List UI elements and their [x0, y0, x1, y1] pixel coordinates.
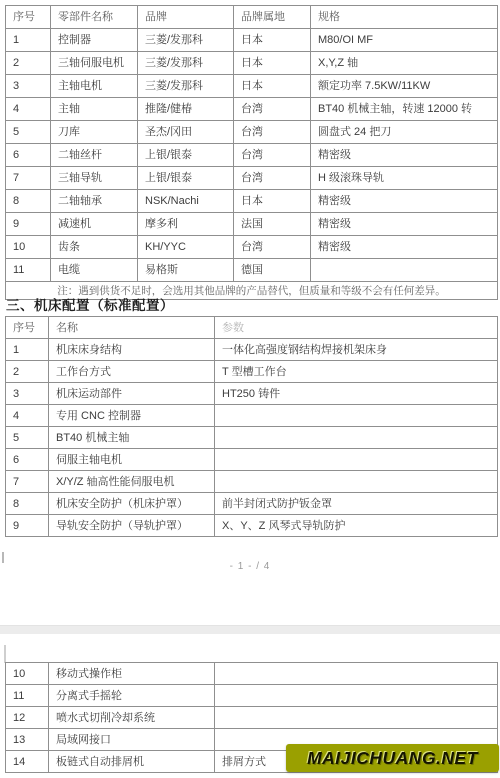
table-cell: 日本 [234, 75, 311, 98]
table-cell: 减速机 [51, 213, 138, 236]
table-cell: 5 [6, 427, 49, 449]
table-cell: 专用 CNC 控制器 [49, 405, 215, 427]
table-cell: NSK/Nachi [138, 190, 234, 213]
components-table: 序号零部件名称品牌品牌属地规格 1控制器三菱/发那科日本M80/OI MF2三轴… [5, 5, 498, 300]
table-cell: 8 [6, 493, 49, 515]
table-cell: 台湾 [234, 167, 311, 190]
table-cell: 日本 [234, 52, 311, 75]
table-cell: 2 [6, 361, 49, 383]
table-cell: 机床床身结构 [49, 339, 215, 361]
table-row: 1机床床身结构一体化高强度钢结构焊接机架床身 [6, 339, 498, 361]
table-cell: 分离式手摇轮 [49, 685, 215, 707]
table-cell: 机床安全防护（机床护罩） [49, 493, 215, 515]
page-break-band [0, 625, 500, 634]
table-cell: 上银/银泰 [138, 144, 234, 167]
table-cell: 3 [6, 383, 49, 405]
table-cell: 精密级 [311, 144, 498, 167]
table-cell [311, 259, 498, 282]
table-row: 6二轴丝杆上银/银泰台湾精密级 [6, 144, 498, 167]
table-cell: 前半封闭式防护钣金罩 [215, 493, 498, 515]
column-header: 品牌属地 [234, 6, 311, 29]
table-cell: 5 [6, 121, 51, 144]
table-cell: 喷水式切削冷却系统 [49, 707, 215, 729]
table-cell [215, 663, 498, 685]
page-border-stub [2, 552, 4, 563]
table-cell: 4 [6, 405, 49, 427]
table-cell [215, 405, 498, 427]
table-row: 5刀库圣杰/冈田台湾圆盘式 24 把刀 [6, 121, 498, 144]
table-cell: 电缆 [51, 259, 138, 282]
table-cell: 推隆/健椿 [138, 98, 234, 121]
table-cell: 精密级 [311, 236, 498, 259]
table-cell [215, 471, 498, 493]
table-cell: BT40 机械主轴 [49, 427, 215, 449]
table-row: 9减速机摩多利法国精密级 [6, 213, 498, 236]
table-cell: 台湾 [234, 98, 311, 121]
table-cell: 11 [6, 685, 49, 707]
table-cell: 4 [6, 98, 51, 121]
table-cell: HT250 铸件 [215, 383, 498, 405]
table-cell: 7 [6, 167, 51, 190]
table-cell: 精密级 [311, 213, 498, 236]
table-cell: 上银/银泰 [138, 167, 234, 190]
table-cell [215, 707, 498, 729]
table-cell: T 型槽工作台 [215, 361, 498, 383]
column-header: 零部件名称 [51, 6, 138, 29]
column-header: 规格 [311, 6, 498, 29]
table-row: 12喷水式切削冷却系统 [6, 707, 498, 729]
table-cell: 控制器 [51, 29, 138, 52]
table-cell: 日本 [234, 190, 311, 213]
table-cell: 1 [6, 29, 51, 52]
table-row: 2工作台方式T 型槽工作台 [6, 361, 498, 383]
table-cell: 1 [6, 339, 49, 361]
page-number: - 1 - / 4 [0, 561, 500, 572]
table-cell: 导轨安全防护（导轨护罩） [49, 515, 215, 537]
table-row: 1控制器三菱/发那科日本M80/OI MF [6, 29, 498, 52]
table-cell: 局域网接口 [49, 729, 215, 751]
components-table-header-row: 序号零部件名称品牌品牌属地规格 [6, 6, 498, 29]
table-cell: 3 [6, 75, 51, 98]
table-cell: 三菱/发那科 [138, 75, 234, 98]
table-row: 7X/Y/Z 轴高性能伺服电机 [6, 471, 498, 493]
table-border-stub [4, 645, 6, 663]
table-row: 3机床运动部件HT250 铸件 [6, 383, 498, 405]
table-cell: X、Y、Z 风琴式导轨防护 [215, 515, 498, 537]
table-cell: 易格斯 [138, 259, 234, 282]
table-cell [215, 685, 498, 707]
table-row: 10齿条KH/YYC台湾精密级 [6, 236, 498, 259]
table-cell: 精密级 [311, 190, 498, 213]
table-cell: 日本 [234, 29, 311, 52]
table-cell: 台湾 [234, 121, 311, 144]
table-row: 10移动式操作柜 [6, 663, 498, 685]
table-cell: 板链式自动排屑机 [49, 751, 215, 773]
table-row: 4专用 CNC 控制器 [6, 405, 498, 427]
table-cell: 2 [6, 52, 51, 75]
column-header: 参数 [215, 317, 498, 339]
table-cell: 台湾 [234, 236, 311, 259]
column-header: 序号 [6, 317, 49, 339]
table-row: 11分离式手摇轮 [6, 685, 498, 707]
table-cell: 刀库 [51, 121, 138, 144]
table-cell: 一体化高强度钢结构焊接机架床身 [215, 339, 498, 361]
column-header: 序号 [6, 6, 51, 29]
table-cell: 7 [6, 471, 49, 493]
table-cell [215, 449, 498, 471]
table-cell: 二轴丝杆 [51, 144, 138, 167]
table-cell: 6 [6, 144, 51, 167]
config-table-body: 1机床床身结构一体化高强度钢结构焊接机架床身2工作台方式T 型槽工作台3机床运动… [6, 339, 498, 537]
table-cell: 工作台方式 [49, 361, 215, 383]
table-cell: 三菱/发那科 [138, 29, 234, 52]
table-cell: 13 [6, 729, 49, 751]
table-cell: 三轴导轨 [51, 167, 138, 190]
table-cell: 摩多利 [138, 213, 234, 236]
table-cell: 10 [6, 663, 49, 685]
table-cell: KH/YYC [138, 236, 234, 259]
site-watermark: MAIJICHUANG.NET [286, 744, 499, 772]
table-cell: 圣杰/冈田 [138, 121, 234, 144]
table-cell: 齿条 [51, 236, 138, 259]
table-cell: 台湾 [234, 144, 311, 167]
table-row: 6伺服主轴电机 [6, 449, 498, 471]
table-cell: 圆盘式 24 把刀 [311, 121, 498, 144]
table-cell: X/Y/Z 轴高性能伺服电机 [49, 471, 215, 493]
column-header: 品牌 [138, 6, 234, 29]
table-row: 8机床安全防护（机床护罩）前半封闭式防护钣金罩 [6, 493, 498, 515]
table-cell: 移动式操作柜 [49, 663, 215, 685]
table-cell: 14 [6, 751, 49, 773]
table-cell: 9 [6, 515, 49, 537]
config-table-header-row: 序号 名称 参数 [6, 317, 498, 339]
table-cell: M80/OI MF [311, 29, 498, 52]
table-cell: 11 [6, 259, 51, 282]
table-cell [215, 427, 498, 449]
table-row: 2三轴伺服电机三菱/发那科日本X,Y,Z 轴 [6, 52, 498, 75]
section-title: 三、机床配置（标准配置） [6, 294, 174, 314]
table-cell: 12 [6, 707, 49, 729]
table-cell: 6 [6, 449, 49, 471]
column-header: 名称 [49, 317, 215, 339]
table-cell: 10 [6, 236, 51, 259]
table-cell: 法国 [234, 213, 311, 236]
table-cell: 主轴电机 [51, 75, 138, 98]
table-cell: 主轴 [51, 98, 138, 121]
table-row: 7三轴导轨上银/银泰台湾H 级滚珠导轨 [6, 167, 498, 190]
table-row: 8二轴轴承NSK/Nachi日本精密级 [6, 190, 498, 213]
table-cell: 机床运动部件 [49, 383, 215, 405]
table-cell: 9 [6, 213, 51, 236]
config-table: 序号 名称 参数 1机床床身结构一体化高强度钢结构焊接机架床身2工作台方式T 型… [5, 316, 498, 537]
components-table-body: 1控制器三菱/发那科日本M80/OI MF2三轴伺服电机三菱/发那科日本X,Y,… [6, 29, 498, 282]
table-row: 3主轴电机三菱/发那科日本额定功率 7.5KW/11KW [6, 75, 498, 98]
table-row: 5BT40 机械主轴 [6, 427, 498, 449]
table-row: 11电缆易格斯德国 [6, 259, 498, 282]
table-cell: 德国 [234, 259, 311, 282]
table-cell: 伺服主轴电机 [49, 449, 215, 471]
table-cell: 额定功率 7.5KW/11KW [311, 75, 498, 98]
table-cell: 二轴轴承 [51, 190, 138, 213]
table-row: 9导轨安全防护（导轨护罩）X、Y、Z 风琴式导轨防护 [6, 515, 498, 537]
table-cell: 8 [6, 190, 51, 213]
table-cell: 三轴伺服电机 [51, 52, 138, 75]
table-cell: H 级滚珠导轨 [311, 167, 498, 190]
table-row: 4主轴推隆/健椿台湾BT40 机械主轴，转速 12000 转 [6, 98, 498, 121]
table-cell: X,Y,Z 轴 [311, 52, 498, 75]
table-cell: BT40 机械主轴，转速 12000 转 [311, 98, 498, 121]
table-cell: 三菱/发那科 [138, 52, 234, 75]
